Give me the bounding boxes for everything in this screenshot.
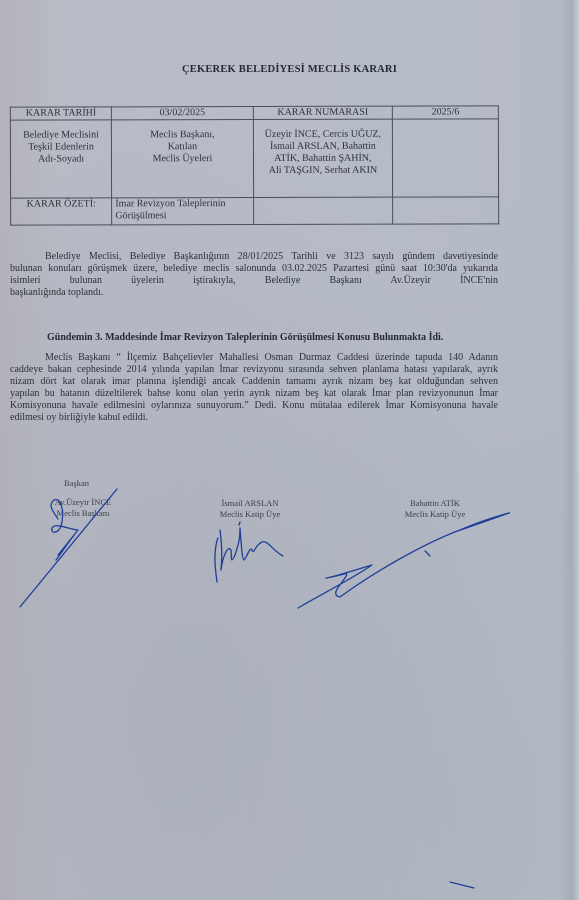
decision-date: 03/02/2025	[112, 107, 253, 120]
paragraph-line: caddeye bakan cephesinde 2014 yılında ya…	[10, 364, 498, 376]
summary-line: Görüşülmesi	[115, 210, 250, 222]
signature-block-clerk-2: Bahattin ATİK Meclis Katip Üye	[385, 498, 485, 520]
paragraph-line: nizam dört kat olarak imar planına işlen…	[10, 376, 498, 388]
members-label-line: Teşkil Edenlerin	[13, 141, 109, 153]
members-role-line: Katılan	[114, 141, 250, 153]
signature-ink-clerk-1	[215, 522, 283, 582]
members-label: Belediye Meclisini Teşkil Edenlerin Adı-…	[10, 120, 111, 198]
empty-cell	[393, 197, 499, 224]
decision-number: 2025/6	[393, 106, 499, 119]
signatory-role: Meclis Başkanı	[48, 508, 118, 519]
signature-block-clerk-1: İsmail ARSLAN Meclis Katip Üye	[205, 498, 295, 520]
signatory-role: Meclis Katip Üye	[385, 509, 485, 520]
signatory-role: Meclis Katip Üye	[205, 509, 295, 520]
signatory-name: Bahattin ATİK	[385, 498, 485, 509]
signature-block-chairman: Av.Üzeyir İNCE Meclis Başkanı	[48, 497, 118, 519]
summary-line: İmar Revizyon Taleplerinin	[115, 198, 250, 210]
signatory-name: İsmail ARSLAN	[205, 498, 295, 509]
agenda-heading: Gündemin 3. Maddesinde İmar Revizyon Tal…	[47, 332, 443, 343]
empty-cell	[253, 197, 393, 224]
paragraph-line: yapılan bu hatanın düzeltilerek bahse ko…	[10, 388, 498, 400]
members-label-line: Adı-Soyadı	[13, 153, 109, 165]
paragraph-line: Belediye Meclisi, Belediye Başkanlığının…	[10, 251, 498, 263]
paragraph-line: edilmesi oy birliğiyle kabul edildi.	[10, 412, 498, 424]
decision-info-table: KARAR TARİHİ 03/02/2025 KARAR NUMARASI 2…	[10, 105, 499, 225]
paragraph-line: bulunan konuları görüşmek üzere, belediy…	[10, 263, 498, 275]
members-names-line: Üzeyir İNCE, Cercis UĞUZ,	[256, 129, 391, 141]
members-names-line: İsmail ARSLAN, Bahattin	[256, 141, 391, 153]
decision-paragraph: Meclis Başkanı “ İlçemiz Bahçelievler Ma…	[10, 352, 498, 424]
signature-title-chairman: Başkan	[64, 478, 89, 489]
ink-mark	[450, 882, 474, 888]
members-names: Üzeyir İNCE, Cercis UĞUZ, İsmail ARSLAN,…	[253, 119, 393, 197]
paragraph-line: Meclis Başkanı “ İlçemiz Bahçelievler Ma…	[10, 352, 498, 364]
decision-number-label: KARAR NUMARASI	[253, 106, 393, 119]
intro-paragraph: Belediye Meclisi, Belediye Başkanlığının…	[10, 251, 498, 299]
summary-label: KARAR ÖZETİ:	[11, 198, 112, 225]
signatory-name: Av.Üzeyir İNCE	[48, 497, 118, 508]
members-label-line: Belediye Meclisini	[13, 129, 109, 141]
members-names-line: ATİK, Bahattin ŞAHİN,	[256, 153, 391, 165]
paragraph-line: isimleri bulunan üyelerin iştirakıyla, B…	[10, 275, 498, 287]
summary-text: İmar Revizyon Taleplerinin Görüşülmesi	[112, 198, 253, 225]
members-role-line: Meclis Başkanı,	[114, 129, 250, 141]
signature-ink-clerk-2	[298, 513, 510, 608]
decision-date-label: KARAR TARİHİ	[10, 107, 111, 120]
document-title: ÇEKEREK BELEDİYESİ MECLİS KARARI	[0, 64, 579, 75]
members-role: Meclis Başkanı, Katılan Meclis Üyeleri	[112, 120, 254, 198]
empty-cell	[393, 119, 499, 197]
paragraph-line: başkanlığında toplandı.	[10, 287, 498, 299]
members-names-line: Ali TAŞGIN, Serhat AKIN	[256, 165, 391, 177]
members-role-line: Meclis Üyeleri	[114, 153, 250, 165]
paragraph-line: Komisyonuna havale edilmesini oylarınıza…	[10, 400, 498, 412]
